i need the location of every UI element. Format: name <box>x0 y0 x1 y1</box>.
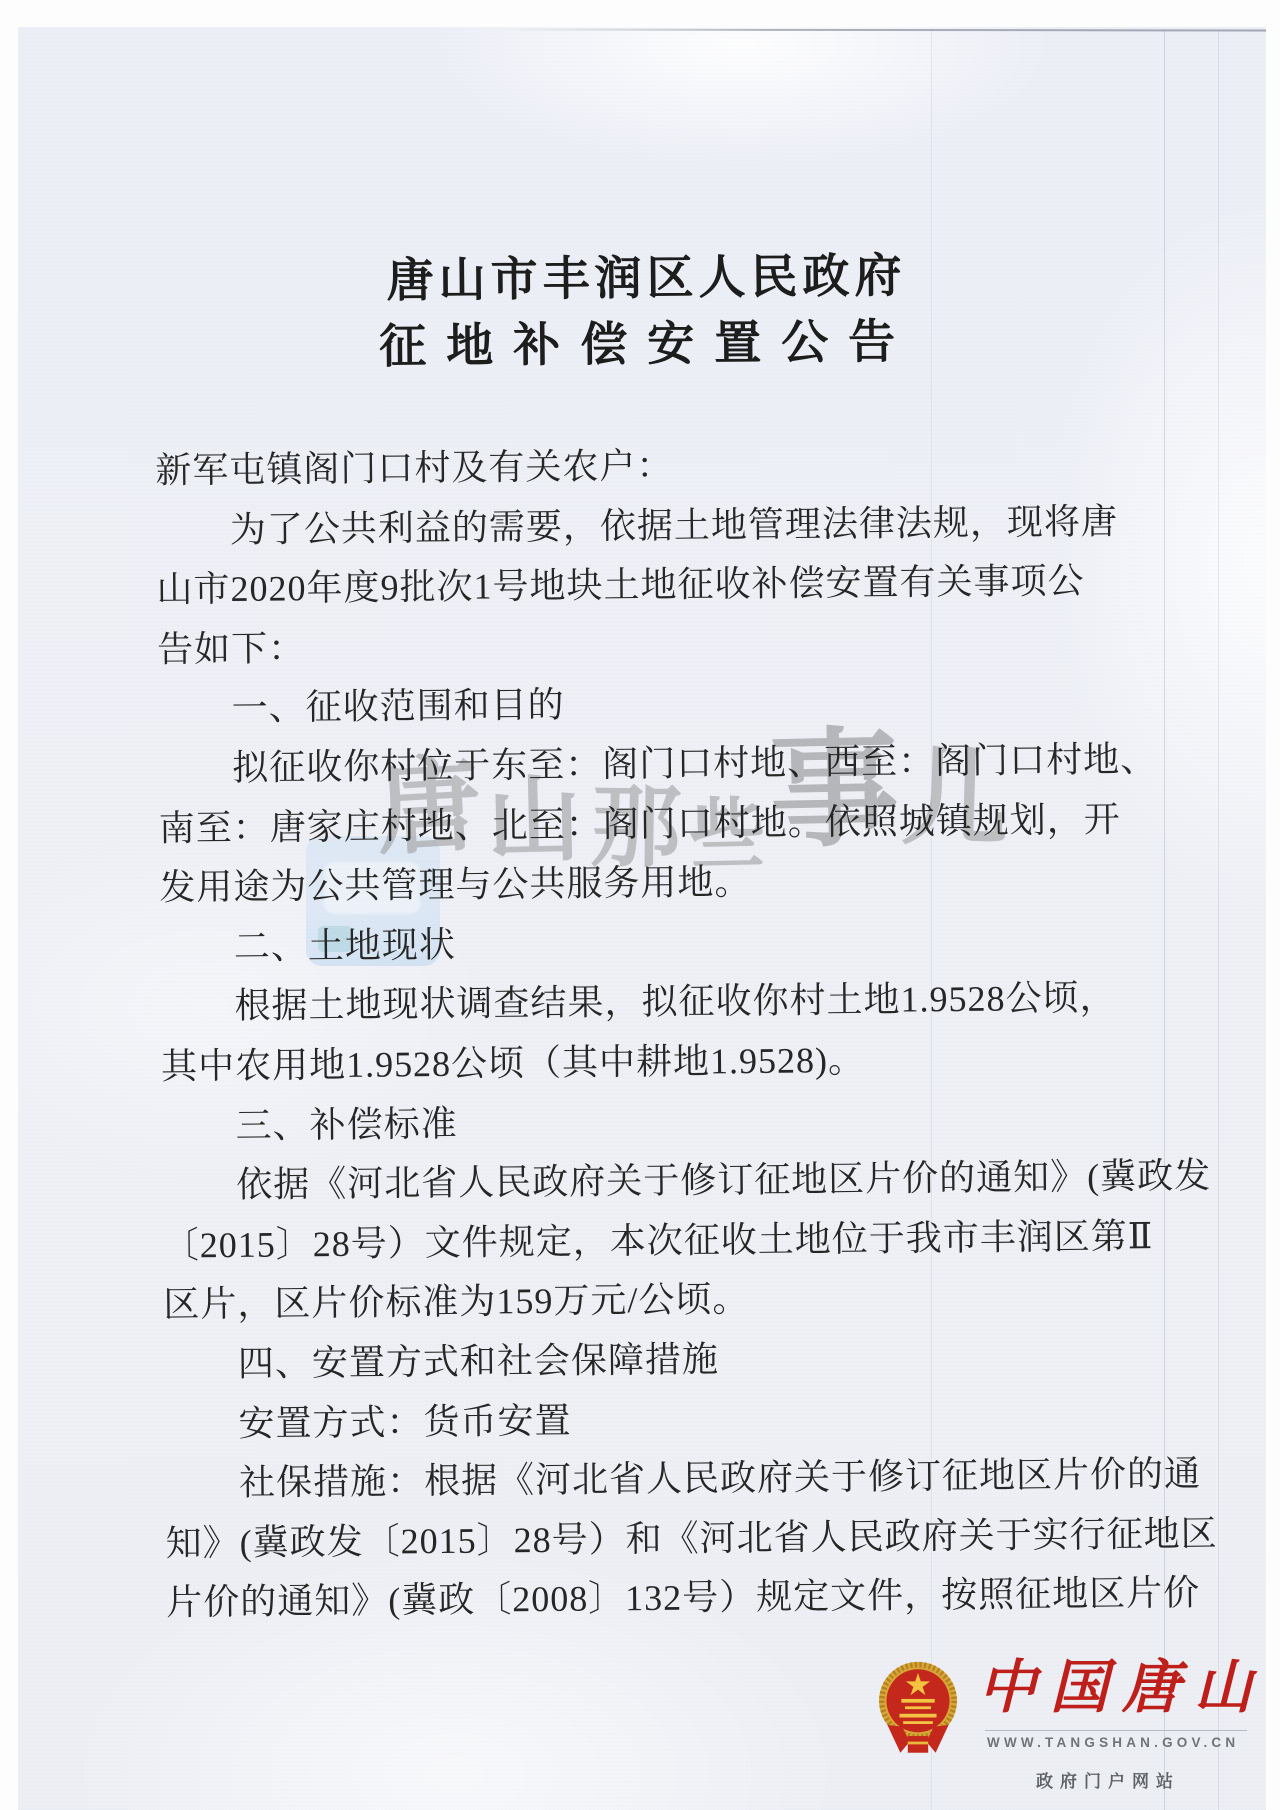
body-line: 区片，区片价标准为159万元/公顷。 <box>163 1267 1114 1336</box>
body-line: 南至：唐家庄村地、北至：阁门口村地。依照城镇规划，开 <box>159 790 1110 859</box>
body-line: 〔2015〕28号）文件规定，本次征收土地位于我市丰润区第Ⅱ <box>163 1207 1114 1276</box>
body-line: 依据《河北省人民政府关于修订征地区片价的通知》(冀政发 <box>162 1148 1113 1217</box>
announcement-document: 唐山市丰润区人民政府 征地补偿安置公告 新军屯镇阁门口村及有关农户：为了公共利益… <box>153 237 1117 1666</box>
site-name-underline <box>985 1730 1247 1731</box>
body-line: 发用途为公共管理与公共服务用地。 <box>159 850 1110 919</box>
body-line: 安置方式：货币安置 <box>164 1386 1115 1455</box>
scan-streak-line <box>1218 30 1219 1810</box>
body-line: 知》(冀政发〔2015〕28号）和《河北省人民政府关于实行征地区 <box>165 1505 1116 1574</box>
body-line: 根据土地现状调查结果，拟征收你村土地1.9528公顷， <box>160 969 1111 1038</box>
body-line: 四、安置方式和社会保障措施 <box>164 1326 1115 1395</box>
body-line: 其中农用地1.9528公顷（其中耕地1.9528)。 <box>161 1028 1112 1097</box>
site-url: WWW.TANGSHAN.GOV.CN <box>987 1735 1239 1750</box>
body-line: 告如下： <box>157 611 1108 680</box>
body-line: 拟征收你村位于东至：阁门口村地、西至：阁门口村地、 <box>158 731 1109 800</box>
page-title-line1: 唐山市丰润区人民政府 <box>171 236 1122 312</box>
body-line: 一、征收范围和目的 <box>157 671 1108 740</box>
body-line: 为了公共利益的需要，依据土地管理法律法规，现将唐 <box>156 492 1107 561</box>
page-title-line2: 征地补偿安置公告 <box>172 302 1123 378</box>
body-line: 三、补偿标准 <box>161 1088 1112 1157</box>
site-name: 中国唐山 <box>978 1652 1253 1724</box>
site-tagline: 政府门户网站 <box>1036 1767 1180 1792</box>
body-line: 二、土地现状 <box>160 909 1111 978</box>
body-line: 山市2020年度9批次1号地块土地征收补偿安置有关事项公 <box>156 552 1107 621</box>
prc-national-emblem-icon <box>874 1660 962 1762</box>
body-line: 新军屯镇阁门口村及有关农户： <box>155 433 1106 502</box>
body-line: 社保措施：根据《河北省人民政府关于修订征地区片价的通 <box>165 1446 1116 1515</box>
body-lines: 新军屯镇阁门口村及有关农户：为了公共利益的需要，依据土地管理法律法规，现将唐山市… <box>155 433 1116 1634</box>
body-line: 片价的通知》(冀政〔2008〕132号）规定文件，按照征地区片价 <box>166 1565 1117 1634</box>
